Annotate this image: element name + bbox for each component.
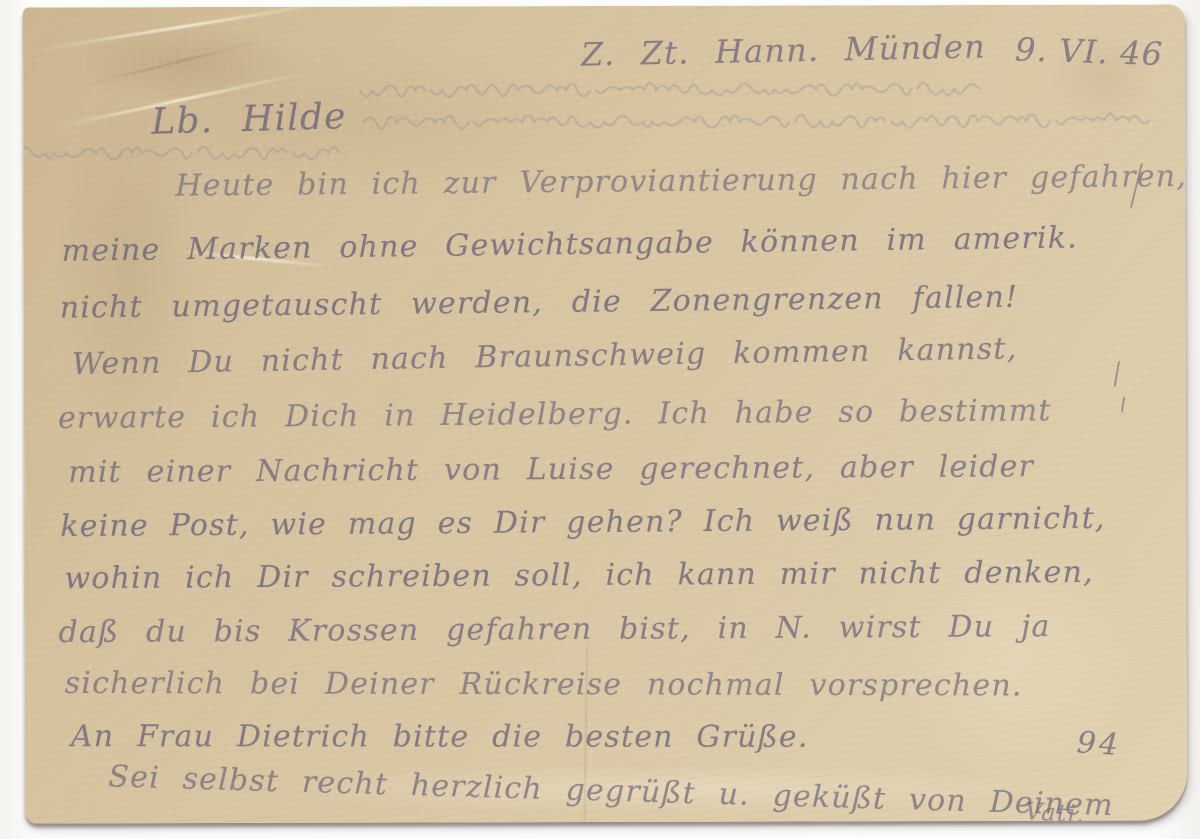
letter-line: Wenn Du nicht nach Braunschweig kommen k… (72, 331, 1018, 382)
letter-closing: Sei selbst recht herzlich gegrüßt u. gek… (108, 759, 1114, 823)
letter-line: keine Post, wie mag es Dir gehen? Ich we… (60, 501, 1106, 544)
letter-line: sicherlich bei Deiner Rückreise nochmal … (65, 666, 1023, 704)
page-number-note: 94 (1076, 725, 1122, 763)
crease-line (81, 39, 266, 87)
crease-line (35, 4, 332, 51)
body-lines: Heute bin ich zur Verproviantierung nach… (23, 4, 1185, 7)
letter-line: Heute bin ich zur Verproviantierung nach… (175, 159, 1187, 204)
letter-line: daß du bis Krossen gefahren bist, in N. … (58, 609, 1050, 650)
letter-line: meine Marken ohne Gewichtsangabe können … (61, 220, 1078, 268)
stray-pencil-stroke (1121, 397, 1125, 413)
postcard: Z. Zt. Hann. Münden 9. VI. 46 Lb. Hilde … (23, 4, 1187, 823)
letter-line: mit einer Nachricht von Luise gerechnet,… (68, 449, 1034, 490)
letter-date: 9. VI. 46 (1014, 30, 1163, 73)
letter-place: Z. Zt. Hann. Münden (581, 27, 987, 73)
letter-line: wohin ich Dir schreiben soll, ich kann m… (64, 555, 1094, 596)
letter-signature: Vati. (1024, 797, 1086, 823)
letter-line: erwarte ich Dich in Heidelberg. Ich habe… (58, 393, 1052, 436)
stray-pencil-stroke (1114, 361, 1120, 387)
letter-line: An Frau Dietrich bitte die besten Grüße. (71, 719, 809, 755)
letter-line: nicht umgetauscht werden, die Zonengrenz… (60, 280, 1019, 326)
ghost-mirrored-writing (353, 103, 1153, 141)
photo-background: Z. Zt. Hann. Münden 9. VI. 46 Lb. Hilde … (0, 0, 1200, 839)
letter-salutation: Lb. Hilde (151, 96, 348, 143)
ghost-mirrored-writing (353, 71, 983, 107)
